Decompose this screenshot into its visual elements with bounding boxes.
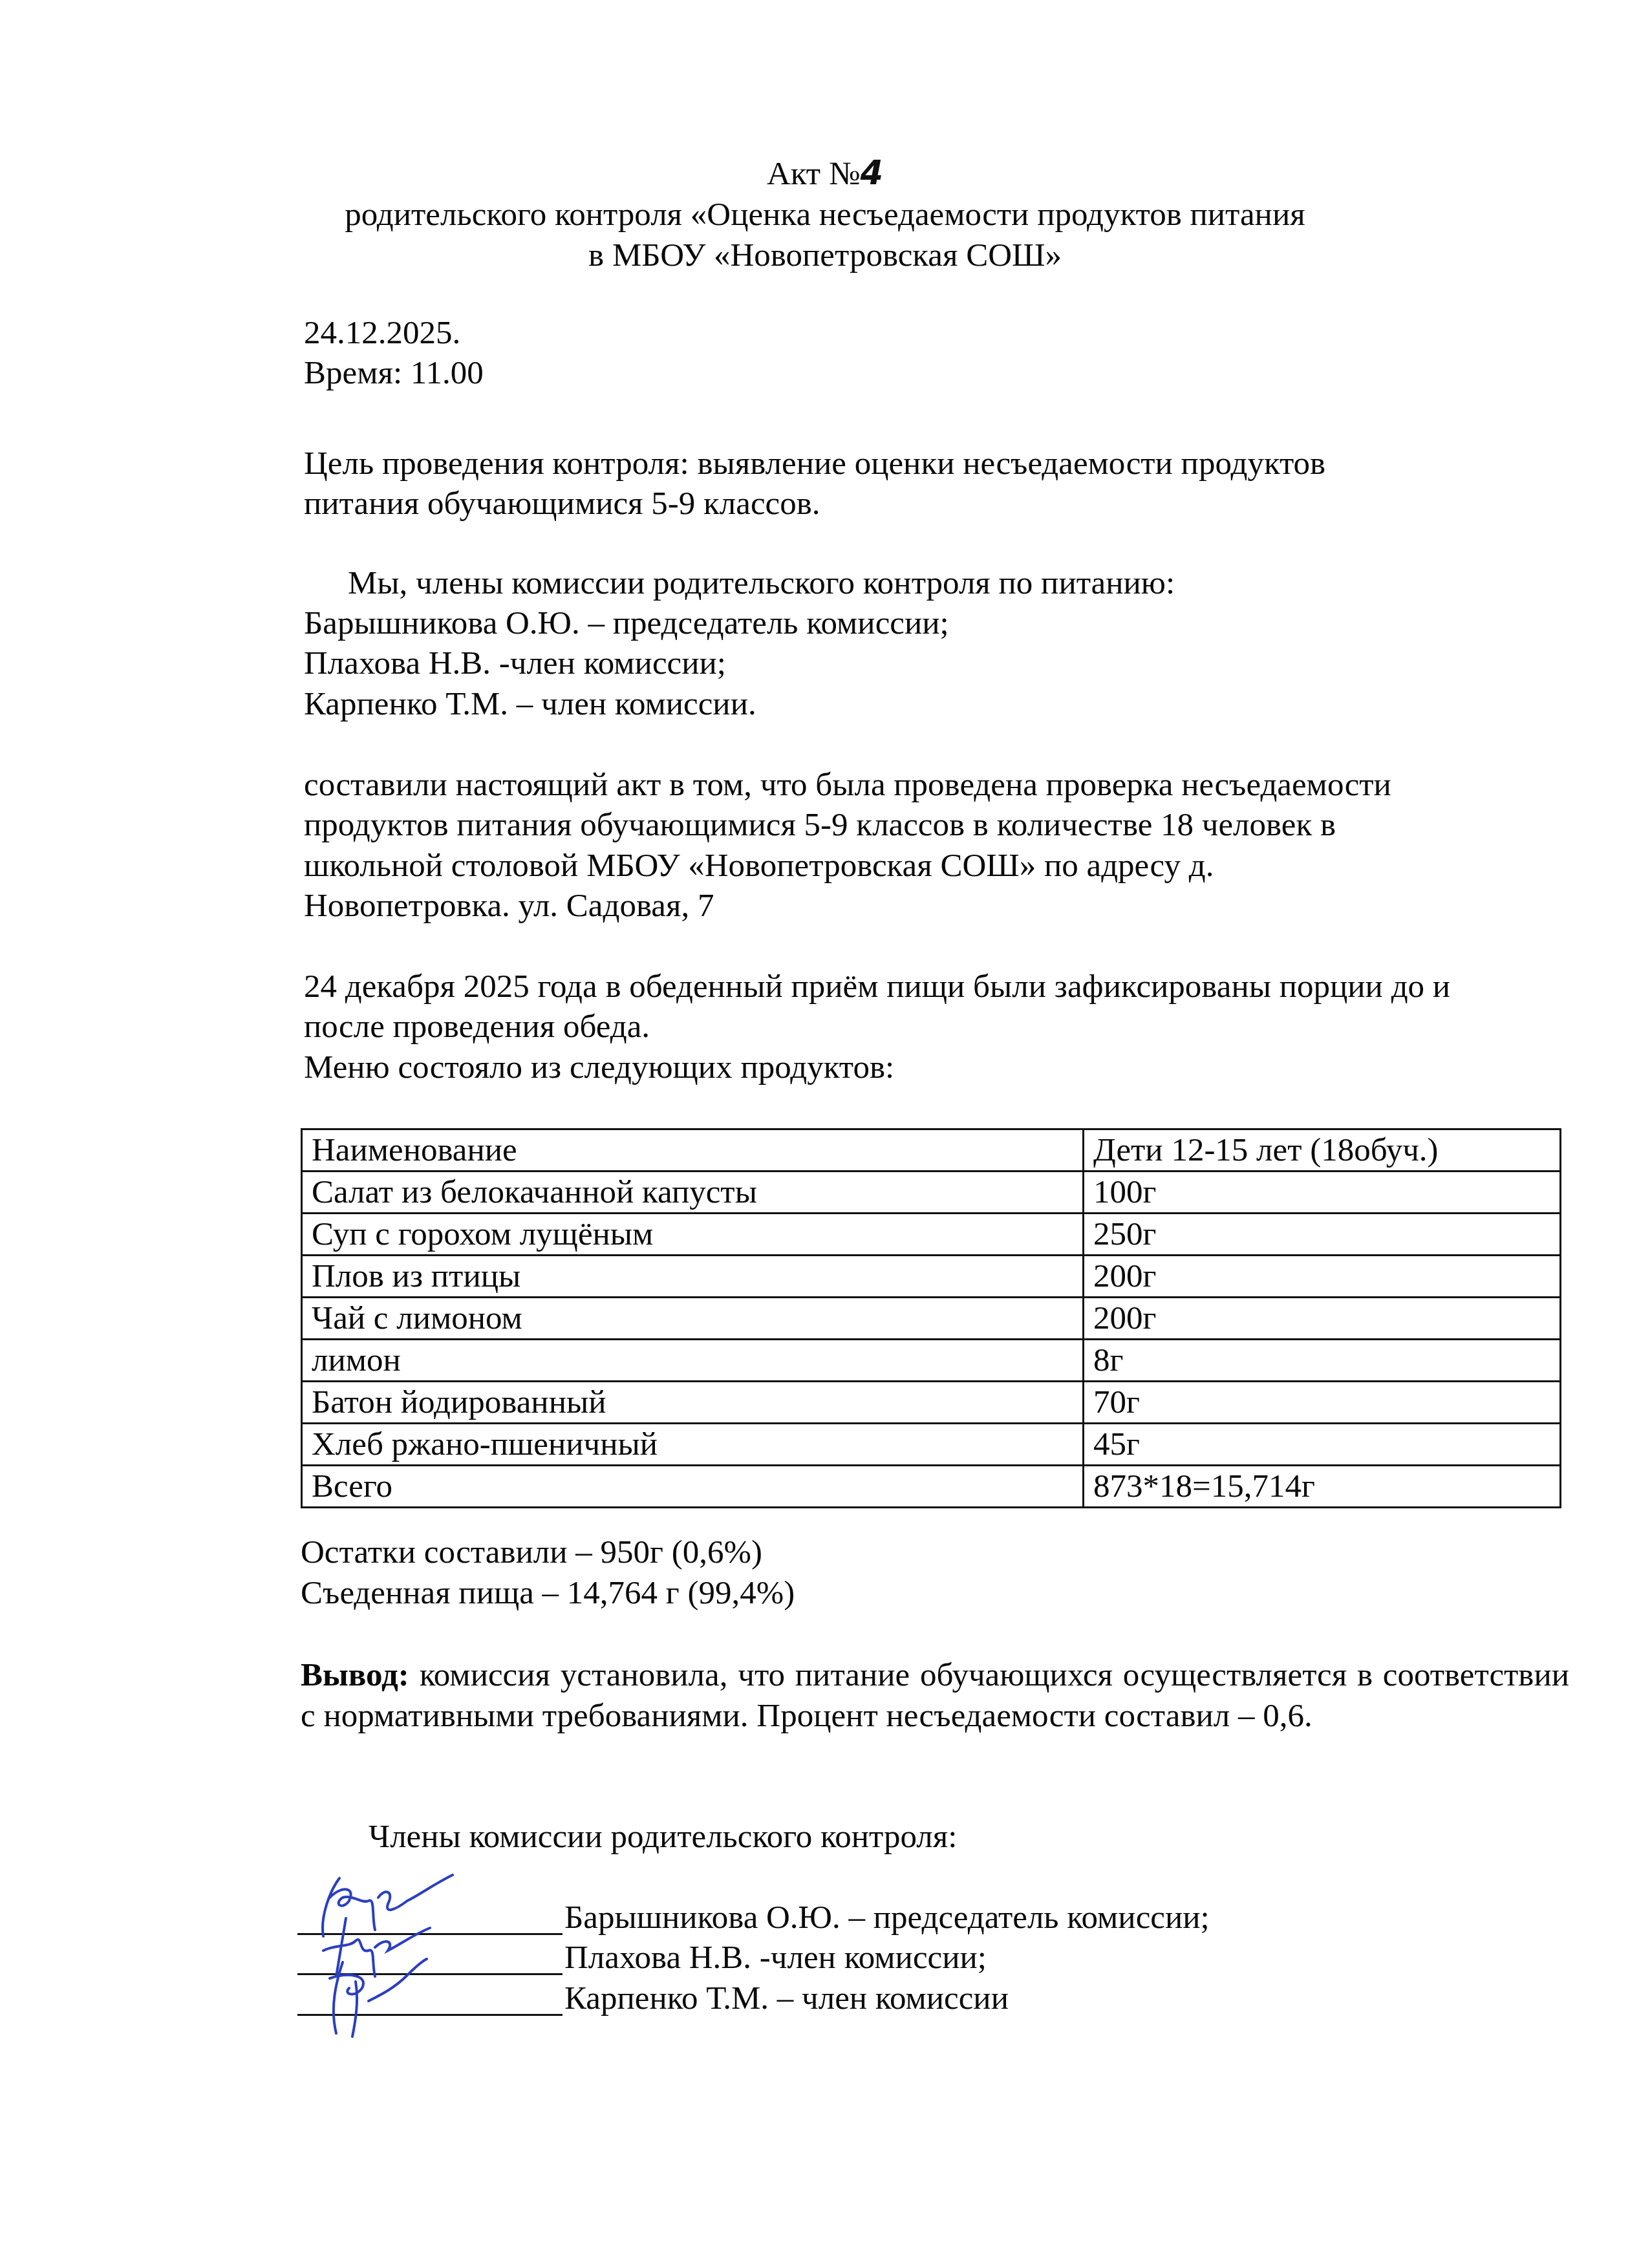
- table-cell-item: Хлеб ржано-пшеничный: [302, 1424, 1084, 1466]
- table-cell-item: Батон йодированный: [302, 1382, 1084, 1424]
- table-cell-weight: 100г: [1084, 1171, 1561, 1214]
- signatures-heading: Члены комиссии родительского контроля:: [369, 1817, 957, 1857]
- signature-name: Барышникова О.Ю. – председатель комиссии…: [564, 1898, 1210, 1938]
- table-cell-weight: 873*18=15,714г: [1084, 1466, 1561, 1508]
- table-row: лимон 8г: [302, 1340, 1561, 1382]
- table-cell-weight: 70г: [1084, 1382, 1561, 1424]
- conclusion-label: Вывод:: [301, 1657, 409, 1693]
- act-time: Время: 11.00: [304, 353, 484, 393]
- table-row: Суп с горохом лущёным 250г: [302, 1214, 1561, 1256]
- document-page: Акт №4 родительского контроля «Оценка не…: [0, 0, 1650, 2268]
- statement-line: Новопетровка. ул. Садовая, 7: [304, 886, 714, 926]
- observation-line: после проведения обеда.: [304, 1007, 650, 1047]
- observation-line: Меню состояло из следующих продуктов:: [304, 1047, 894, 1087]
- table-total-row: Всего 873*18=15,714г: [302, 1466, 1561, 1508]
- table-row: Салат из белокачанной капусты 100г: [302, 1171, 1561, 1214]
- table-cell-weight: 250г: [1084, 1214, 1561, 1256]
- act-subtitle-line1: родительского контроля «Оценка несъедаем…: [0, 195, 1650, 235]
- table-cell-item: Чай с лимоном: [302, 1298, 1084, 1340]
- eaten-result: Съеденная пища – 14,764 г (99,4%): [301, 1573, 795, 1613]
- handwritten-signature-icon: [310, 1956, 440, 2040]
- commission-member: Карпенко Т.М. – член комиссии.: [304, 684, 756, 724]
- statement-line: продуктов питания обучающимися 5-9 класс…: [304, 805, 1336, 845]
- table-cell-weight: 200г: [1084, 1256, 1561, 1298]
- purpose-line2: питания обучающимися 5-9 классов.: [304, 484, 820, 524]
- signature-row: Барышникова О.Ю. – председатель комиссии…: [297, 1898, 1332, 1938]
- table-header-row: Наименование Дети 12-15 лет (18обуч.): [302, 1129, 1561, 1171]
- table-header-cell: Дети 12-15 лет (18обуч.): [1084, 1129, 1561, 1171]
- signature-name: Карпенко Т.М. – член комиссии: [564, 1978, 1009, 2018]
- table-header-cell: Наименование: [302, 1129, 1084, 1171]
- table-cell-weight: 45г: [1084, 1424, 1561, 1466]
- act-date: 24.12.2025.: [304, 313, 460, 353]
- table-cell-item: лимон: [302, 1340, 1084, 1382]
- table-cell-item: Плов из птицы: [302, 1256, 1084, 1298]
- table-row: Батон йодированный 70г: [302, 1382, 1561, 1424]
- commission-member: Плахова Н.В. -член комиссии;: [304, 643, 726, 683]
- act-number-handwritten: 4: [861, 155, 884, 193]
- commission-member: Барышникова О.Ю. – председатель комиссии…: [304, 603, 949, 643]
- statement-line: школьной столовой МБОУ «Новопетровская С…: [304, 846, 1214, 886]
- signature-name: Плахова Н.В. -член комиссии;: [564, 1938, 987, 1978]
- table-row: Плов из птицы 200г: [302, 1256, 1561, 1298]
- conclusion-text: комиссия установила, что питание обучающ…: [301, 1657, 1569, 1734]
- table-cell-weight: 8г: [1084, 1340, 1561, 1382]
- act-title-prefix: Акт №: [767, 156, 861, 192]
- table-row: Хлеб ржано-пшеничный 45г: [302, 1424, 1561, 1466]
- commission-intro: Мы, члены комиссии родительского контрол…: [348, 563, 1175, 603]
- observation-line: 24 декабря 2025 года в обеденный приём п…: [304, 967, 1450, 1007]
- table-row: Чай с лимоном 200г: [302, 1298, 1561, 1340]
- act-subtitle-line2: в МБОУ «Новопетровская СОШ»: [0, 235, 1650, 275]
- signature-row: Карпенко Т.М. – член комиссии: [297, 1978, 1332, 2018]
- table-cell-item: Салат из белокачанной капусты: [302, 1171, 1084, 1214]
- leftovers-result: Остатки составили – 950г (0,6%): [301, 1532, 762, 1572]
- table-cell-item: Суп с горохом лущёным: [302, 1214, 1084, 1256]
- statement-line: составили настоящий акт в том, что была …: [304, 765, 1391, 805]
- table-cell-weight: 200г: [1084, 1298, 1561, 1340]
- conclusion-paragraph: Вывод: комиссия установила, что питание …: [301, 1655, 1569, 1737]
- menu-table: Наименование Дети 12-15 лет (18обуч.) Са…: [301, 1128, 1561, 1508]
- purpose-line1: Цель проведения контроля: выявление оцен…: [304, 444, 1325, 484]
- table-cell-item: Всего: [302, 1466, 1084, 1508]
- act-title: Акт №4: [0, 154, 1650, 194]
- signature-row: Плахова Н.В. -член комиссии;: [297, 1938, 1332, 1978]
